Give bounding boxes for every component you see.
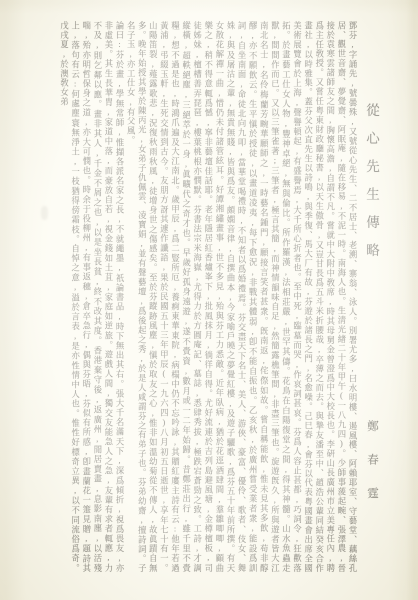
commentary-text: 論曰:芬於畫,學無常師,惟擷各派名家之長,不就繩墨,祇論書品,時下無出其右。張大… bbox=[58, 21, 125, 573]
scan-smudge bbox=[41, 206, 48, 220]
author-name: 鄭春霆 bbox=[364, 420, 380, 521]
document-page: 從心先生傳略 鄭春霆 鄧芬,字誦先,號曇殊,又號從心先生、二不居士、老溯、寨翁、… bbox=[0, 0, 418, 600]
biography-text: 鄧芬,字誦先,號曇殊,又號從心先生、二不居士、老溯、寨翁、泳人。別署尤多,曰水明… bbox=[125, 21, 358, 573]
biography-body: 鄧芬,字誦先,號曇殊,又號從心先生、二不居士、老溯、寨翁、泳人。別署尤多,曰水明… bbox=[55, 21, 358, 573]
page-title: 從心先生傳略 bbox=[361, 103, 381, 271]
